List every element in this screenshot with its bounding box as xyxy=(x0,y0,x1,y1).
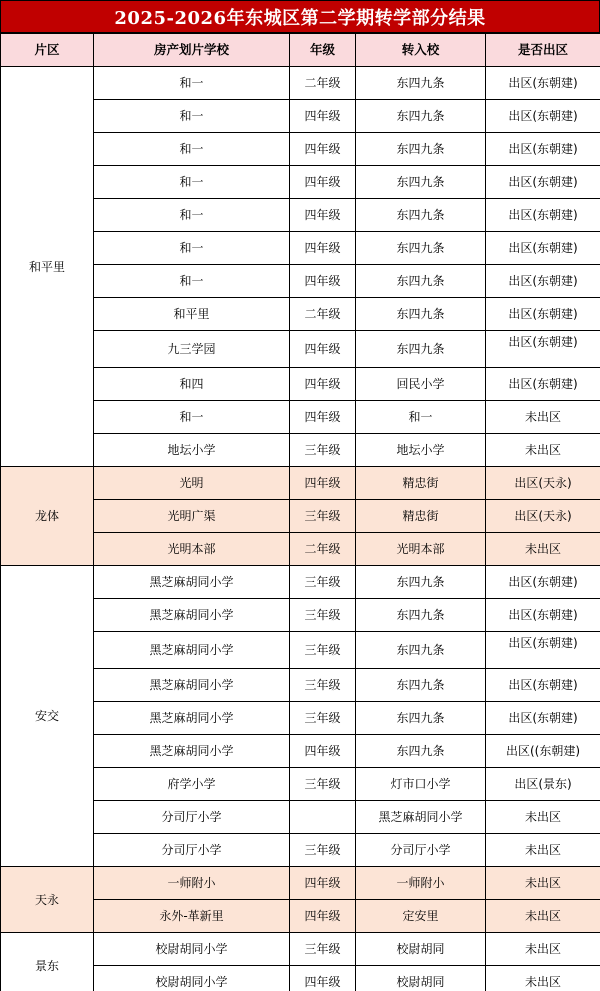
out-of-district-cell: 未出区 xyxy=(486,801,600,834)
target-school-cell: 东四九条 xyxy=(356,632,486,669)
district-cell: 龙体 xyxy=(1,467,94,566)
target-school-cell: 校尉胡同 xyxy=(356,933,486,966)
out-of-district-cell: 出区(东朝建) xyxy=(486,67,600,100)
target-school-cell: 定安里 xyxy=(356,900,486,933)
out-of-district-cell: 未出区 xyxy=(486,867,600,900)
target-school-cell: 东四九条 xyxy=(356,669,486,702)
grade-cell: 四年级 xyxy=(290,100,356,133)
target-school-cell: 和一 xyxy=(356,401,486,434)
target-school-cell: 黑芝麻胡同小学 xyxy=(356,801,486,834)
target-school-cell: 精忠街 xyxy=(356,467,486,500)
grade-cell: 三年级 xyxy=(290,434,356,467)
zoned-school-cell: 校尉胡同小学 xyxy=(94,933,290,966)
target-school-cell: 东四九条 xyxy=(356,133,486,166)
zoned-school-cell: 黑芝麻胡同小学 xyxy=(94,735,290,768)
transfer-results-sheet: 2025-2026年东城区第二学期转学部分结果 片区 房产划片学校 年级 转入校… xyxy=(0,0,600,991)
out-of-district-cell: 未出区 xyxy=(486,834,600,867)
grade-cell: 四年级 xyxy=(290,133,356,166)
target-school-cell: 东四九条 xyxy=(356,100,486,133)
out-of-district-cell: 出区(天永) xyxy=(486,467,600,500)
zoned-school-cell: 九三学园 xyxy=(94,331,290,368)
target-school-cell: 东四九条 xyxy=(356,331,486,368)
sheet-title: 2025-2026年东城区第二学期转学部分结果 xyxy=(0,0,600,33)
zoned-school-cell: 和一 xyxy=(94,100,290,133)
grade-cell: 四年级 xyxy=(290,966,356,991)
table-row: 安交黑芝麻胡同小学三年级东四九条出区(东朝建) xyxy=(1,566,600,599)
header-district: 片区 xyxy=(1,34,94,67)
zoned-school-cell: 光明 xyxy=(94,467,290,500)
target-school-cell: 东四九条 xyxy=(356,265,486,298)
zoned-school-cell: 黑芝麻胡同小学 xyxy=(94,599,290,632)
zoned-school-cell: 和一 xyxy=(94,67,290,100)
grade-cell: 三年级 xyxy=(290,933,356,966)
out-of-district-cell: 未出区 xyxy=(486,966,600,991)
out-of-district-cell: 未出区 xyxy=(486,900,600,933)
out-of-district-cell: 出区(东朝建) xyxy=(486,166,600,199)
target-school-cell: 光明本部 xyxy=(356,533,486,566)
target-school-cell: 东四九条 xyxy=(356,599,486,632)
out-of-district-cell: 未出区 xyxy=(486,401,600,434)
zoned-school-cell: 府学小学 xyxy=(94,768,290,801)
grade-cell: 三年级 xyxy=(290,632,356,669)
out-of-district-cell: 出区(东朝建) xyxy=(486,702,600,735)
target-school-cell: 东四九条 xyxy=(356,298,486,331)
grade-cell: 四年级 xyxy=(290,867,356,900)
district-cell: 景东 xyxy=(1,933,94,991)
target-school-cell: 东四九条 xyxy=(356,67,486,100)
target-school-cell: 东四九条 xyxy=(356,199,486,232)
zoned-school-cell: 和一 xyxy=(94,401,290,434)
zoned-school-cell: 分司厅小学 xyxy=(94,834,290,867)
out-of-district-cell: 出区(东朝建) xyxy=(486,368,600,401)
zoned-school-cell: 校尉胡同小学 xyxy=(94,966,290,991)
grade-cell: 四年级 xyxy=(290,900,356,933)
target-school-cell: 分司厅小学 xyxy=(356,834,486,867)
target-school-cell: 一师附小 xyxy=(356,867,486,900)
table-row: 天永一师附小四年级一师附小未出区 xyxy=(1,867,600,900)
zoned-school-cell: 和一 xyxy=(94,199,290,232)
header-grade: 年级 xyxy=(290,34,356,67)
out-of-district-cell: 出区((东朝建) xyxy=(486,735,600,768)
out-of-district-cell: 未出区 xyxy=(486,434,600,467)
district-cell: 和平里 xyxy=(1,67,94,467)
out-of-district-cell: 出区(天永) xyxy=(486,500,600,533)
target-school-cell: 地坛小学 xyxy=(356,434,486,467)
grade-cell: 四年级 xyxy=(290,467,356,500)
grade-cell: 三年级 xyxy=(290,768,356,801)
out-of-district-cell: 出区(东朝建) xyxy=(486,133,600,166)
grade-cell: 三年级 xyxy=(290,566,356,599)
header-zoned-school: 房产划片学校 xyxy=(94,34,290,67)
grade-cell: 三年级 xyxy=(290,599,356,632)
grade-cell: 三年级 xyxy=(290,669,356,702)
zoned-school-cell: 和四 xyxy=(94,368,290,401)
zoned-school-cell: 黑芝麻胡同小学 xyxy=(94,632,290,669)
zoned-school-cell: 一师附小 xyxy=(94,867,290,900)
zoned-school-cell: 和平里 xyxy=(94,298,290,331)
out-of-district-cell: 出区(东朝建) xyxy=(486,632,600,669)
target-school-cell: 校尉胡同 xyxy=(356,966,486,991)
grade-cell: 二年级 xyxy=(290,533,356,566)
out-of-district-cell: 出区(东朝建) xyxy=(486,232,600,265)
grade-cell: 三年级 xyxy=(290,834,356,867)
target-school-cell: 东四九条 xyxy=(356,566,486,599)
grade-cell: 二年级 xyxy=(290,298,356,331)
zoned-school-cell: 和一 xyxy=(94,166,290,199)
grade-cell: 四年级 xyxy=(290,199,356,232)
out-of-district-cell: 出区(东朝建) xyxy=(486,331,600,368)
target-school-cell: 灯市口小学 xyxy=(356,768,486,801)
zoned-school-cell: 地坛小学 xyxy=(94,434,290,467)
header-out-of-district: 是否出区 xyxy=(486,34,600,67)
out-of-district-cell: 出区(东朝建) xyxy=(486,265,600,298)
zoned-school-cell: 和一 xyxy=(94,133,290,166)
out-of-district-cell: 出区(东朝建) xyxy=(486,566,600,599)
zoned-school-cell: 黑芝麻胡同小学 xyxy=(94,669,290,702)
district-cell: 天永 xyxy=(1,867,94,933)
grade-cell: 三年级 xyxy=(290,500,356,533)
target-school-cell: 东四九条 xyxy=(356,166,486,199)
district-cell: 安交 xyxy=(1,566,94,867)
table-row: 和平里和一二年级东四九条出区(东朝建) xyxy=(1,67,600,100)
zoned-school-cell: 分司厅小学 xyxy=(94,801,290,834)
zoned-school-cell: 和一 xyxy=(94,265,290,298)
table-row: 景东校尉胡同小学三年级校尉胡同未出区 xyxy=(1,933,600,966)
results-body: 和平里和一二年级东四九条出区(东朝建)和一四年级东四九条出区(东朝建)和一四年级… xyxy=(1,67,600,991)
table-row: 龙体光明四年级精忠街出区(天永) xyxy=(1,467,600,500)
target-school-cell: 东四九条 xyxy=(356,232,486,265)
grade-cell: 四年级 xyxy=(290,166,356,199)
header-target-school: 转入校 xyxy=(356,34,486,67)
zoned-school-cell: 和一 xyxy=(94,232,290,265)
grade-cell: 四年级 xyxy=(290,368,356,401)
zoned-school-cell: 黑芝麻胡同小学 xyxy=(94,702,290,735)
out-of-district-cell: 出区(东朝建) xyxy=(486,199,600,232)
out-of-district-cell: 出区(景东) xyxy=(486,768,600,801)
out-of-district-cell: 出区(东朝建) xyxy=(486,599,600,632)
out-of-district-cell: 出区(东朝建) xyxy=(486,100,600,133)
out-of-district-cell: 出区(东朝建) xyxy=(486,298,600,331)
grade-cell: 三年级 xyxy=(290,702,356,735)
results-table: 片区 房产划片学校 年级 转入校 是否出区 和平里和一二年级东四九条出区(东朝建… xyxy=(0,33,600,991)
target-school-cell: 东四九条 xyxy=(356,735,486,768)
header-row: 片区 房产划片学校 年级 转入校 是否出区 xyxy=(1,34,600,67)
grade-cell: 四年级 xyxy=(290,265,356,298)
zoned-school-cell: 光明本部 xyxy=(94,533,290,566)
zoned-school-cell: 光明广渠 xyxy=(94,500,290,533)
grade-cell xyxy=(290,801,356,834)
zoned-school-cell: 黑芝麻胡同小学 xyxy=(94,566,290,599)
grade-cell: 四年级 xyxy=(290,735,356,768)
grade-cell: 四年级 xyxy=(290,232,356,265)
zoned-school-cell: 永外-革新里 xyxy=(94,900,290,933)
target-school-cell: 回民小学 xyxy=(356,368,486,401)
out-of-district-cell: 出区(东朝建) xyxy=(486,669,600,702)
grade-cell: 四年级 xyxy=(290,401,356,434)
grade-cell: 四年级 xyxy=(290,331,356,368)
target-school-cell: 东四九条 xyxy=(356,702,486,735)
target-school-cell: 精忠街 xyxy=(356,500,486,533)
grade-cell: 二年级 xyxy=(290,67,356,100)
out-of-district-cell: 未出区 xyxy=(486,533,600,566)
out-of-district-cell: 未出区 xyxy=(486,933,600,966)
